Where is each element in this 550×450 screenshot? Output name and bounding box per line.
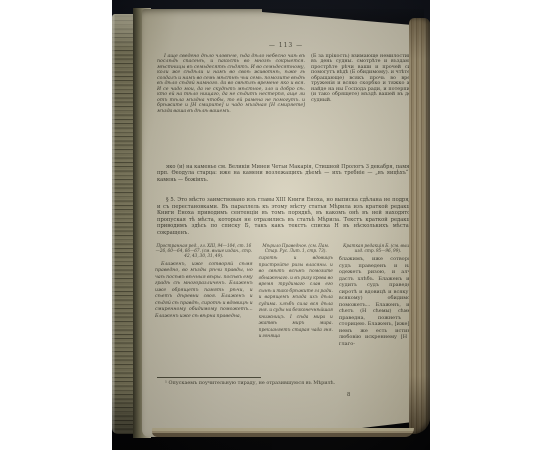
block1-variant-column: (Б за прікость) взимающе немилостивно въ… <box>311 54 417 103</box>
fore-edge-page-stack <box>409 18 430 434</box>
column-header-merilo: Мѣрило Праведное. (см. Пам. Стар. Рус. Л… <box>259 243 333 253</box>
column-header-short-redaction: Краткая редакція Б. (см. выше изд. стр. … <box>339 243 417 253</box>
note-paragraph: яко (и) на каменье см. Великіи Минеи Чет… <box>157 164 415 183</box>
column-body-short-redaction: блажимъ, иже сотворятъ судъ праведенъ и … <box>339 256 417 347</box>
signature-mark: 8 <box>347 392 350 398</box>
book-page: — 113 — І аще сведено дѣло чловѣче, ѣда … <box>142 9 424 437</box>
screenshot-canvas: — 113 — І аще сведено дѣло чловѣче, ѣда … <box>0 0 550 450</box>
left-page-edge-on <box>112 14 133 434</box>
column-header-long-redaction: Пространная ред., гл. XIII, 94—104, ст. … <box>155 243 253 259</box>
page-number: — 113 — <box>155 42 417 49</box>
column-body-merilo: сиротѣ и вдовицѣ пристройте ризы власяны… <box>259 256 333 341</box>
column-body-long-redaction: Блаженъ, иже сотворяй сѣмя праведно, во … <box>155 262 253 321</box>
bottom-leaf-edges <box>152 428 414 437</box>
section5-paragraph: § 5. Это мѣсто заимствовано изъ главы XI… <box>157 197 415 237</box>
column-long-redaction: Пространная ред., гл. XIII, 94—104, ст. … <box>155 243 253 347</box>
column-short-redaction: Краткая редакція Б. (см. выше изд. стр. … <box>339 243 417 347</box>
book-photo: — 113 — І аще сведено дѣло чловѣче, ѣда … <box>112 0 430 450</box>
page-content: — 113 — І аще сведено дѣло чловѣче, ѣда … <box>155 9 417 437</box>
footnote-rule <box>157 377 261 378</box>
block1-slavonic-column: І аще сведено дѣло чловѣче, ѣда дѣло неб… <box>157 54 305 114</box>
column-merilo-pravednoe: Мѣрило Праведное. (см. Пам. Стар. Рус. Л… <box>259 243 333 347</box>
parallel-text-table: Пространная ред., гл. XIII, 94—104, ст. … <box>155 243 417 347</box>
footnote: ¹ Опускаемъ поучительную тираду, не отра… <box>157 380 415 386</box>
